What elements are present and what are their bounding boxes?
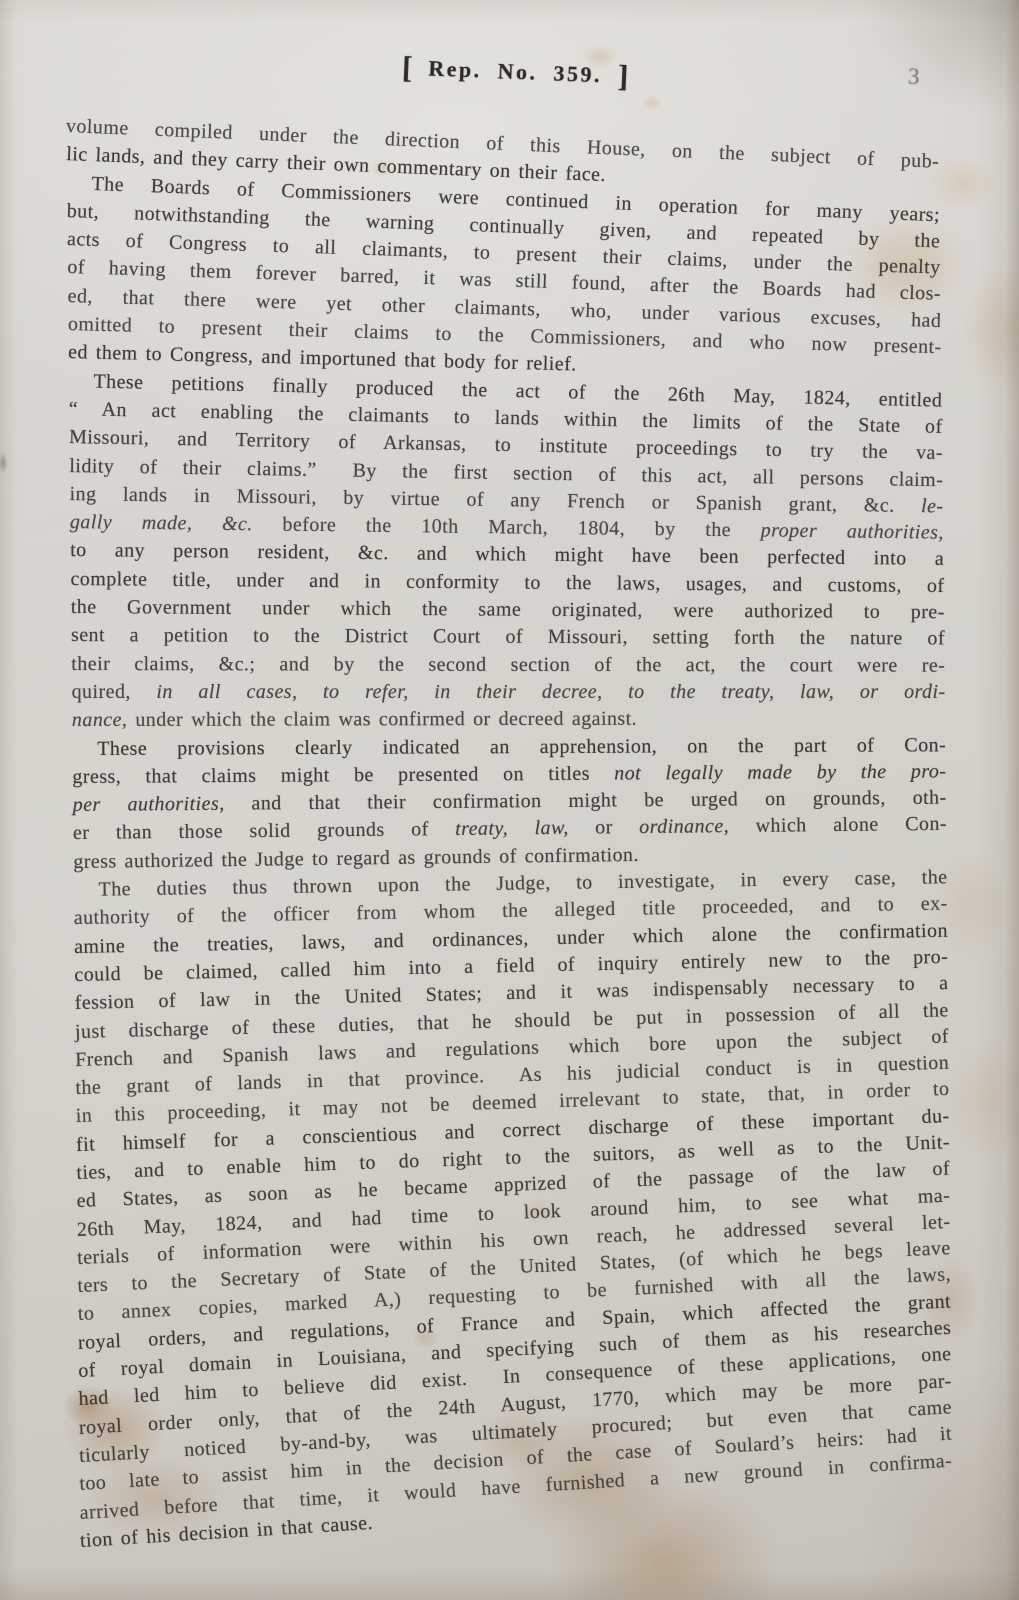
document-body: volume compiled under the direction of t… [66,112,940,1555]
text-line: quired, in all cases, to refer, in their… [72,678,946,706]
text-line: sent a petition to the District Court of… [71,621,945,653]
italic-text: not legally made by the pro- [614,760,946,784]
paragraph: The duties thus thrown upon the Judge, t… [66,876,940,1555]
page-number: 3 [908,64,920,90]
text-segment: sent a petition to the District Court of… [71,624,945,649]
text-line: nance, under which the claim was confirm… [72,704,946,734]
paragraph: The Boards of Commissioners were continu… [66,169,940,367]
italic-text: gally made, &c. [70,511,253,535]
text-segment: quired, [72,681,157,703]
report-number: Rep. No. 359. [428,56,603,88]
italic-text: le- [921,495,944,517]
text-line: their claims, &c.; and by the second sec… [71,650,945,680]
right-bracket: ] [617,58,629,93]
text-segment: before the 10th March, 1804, by the [253,513,761,541]
running-head: [Rep. No. 359.] [65,34,940,112]
text-segment: or [569,816,640,839]
text-segment: These provisions clearly indicated an ap… [97,734,946,760]
paragraph: These provisions clearly indicated an ap… [66,735,940,876]
paragraph: volume compiled under the direction of t… [66,112,940,169]
text-segment: their claims, &c.; and by the second sec… [71,653,945,677]
text-segment: gress, that claims might be presented on… [72,762,614,787]
italic-text: nance, [72,709,128,731]
text-segment: complete title, under and in conformity … [70,568,944,597]
paragraph: These petitions finally produced the act… [66,367,940,735]
text-segment: under which the claim was confirmed or d… [127,708,637,731]
italic-text: ordinance, [639,816,729,839]
italic-text: treaty, law, [455,817,569,840]
text-segment: er than those solid grounds of [73,818,455,844]
italic-text: per authorities, [73,793,225,816]
text-segment: the Government under which the same orig… [71,596,945,623]
italic-text: proper authorities, [761,520,944,544]
text-segment: which alone Con- [729,813,947,837]
scanned-page: { "document": { "colors": { "paper": "#d… [0,0,1019,1600]
left-bracket: [ [401,50,413,85]
italic-text: in all cases, to refer, in their decree,… [156,681,945,703]
